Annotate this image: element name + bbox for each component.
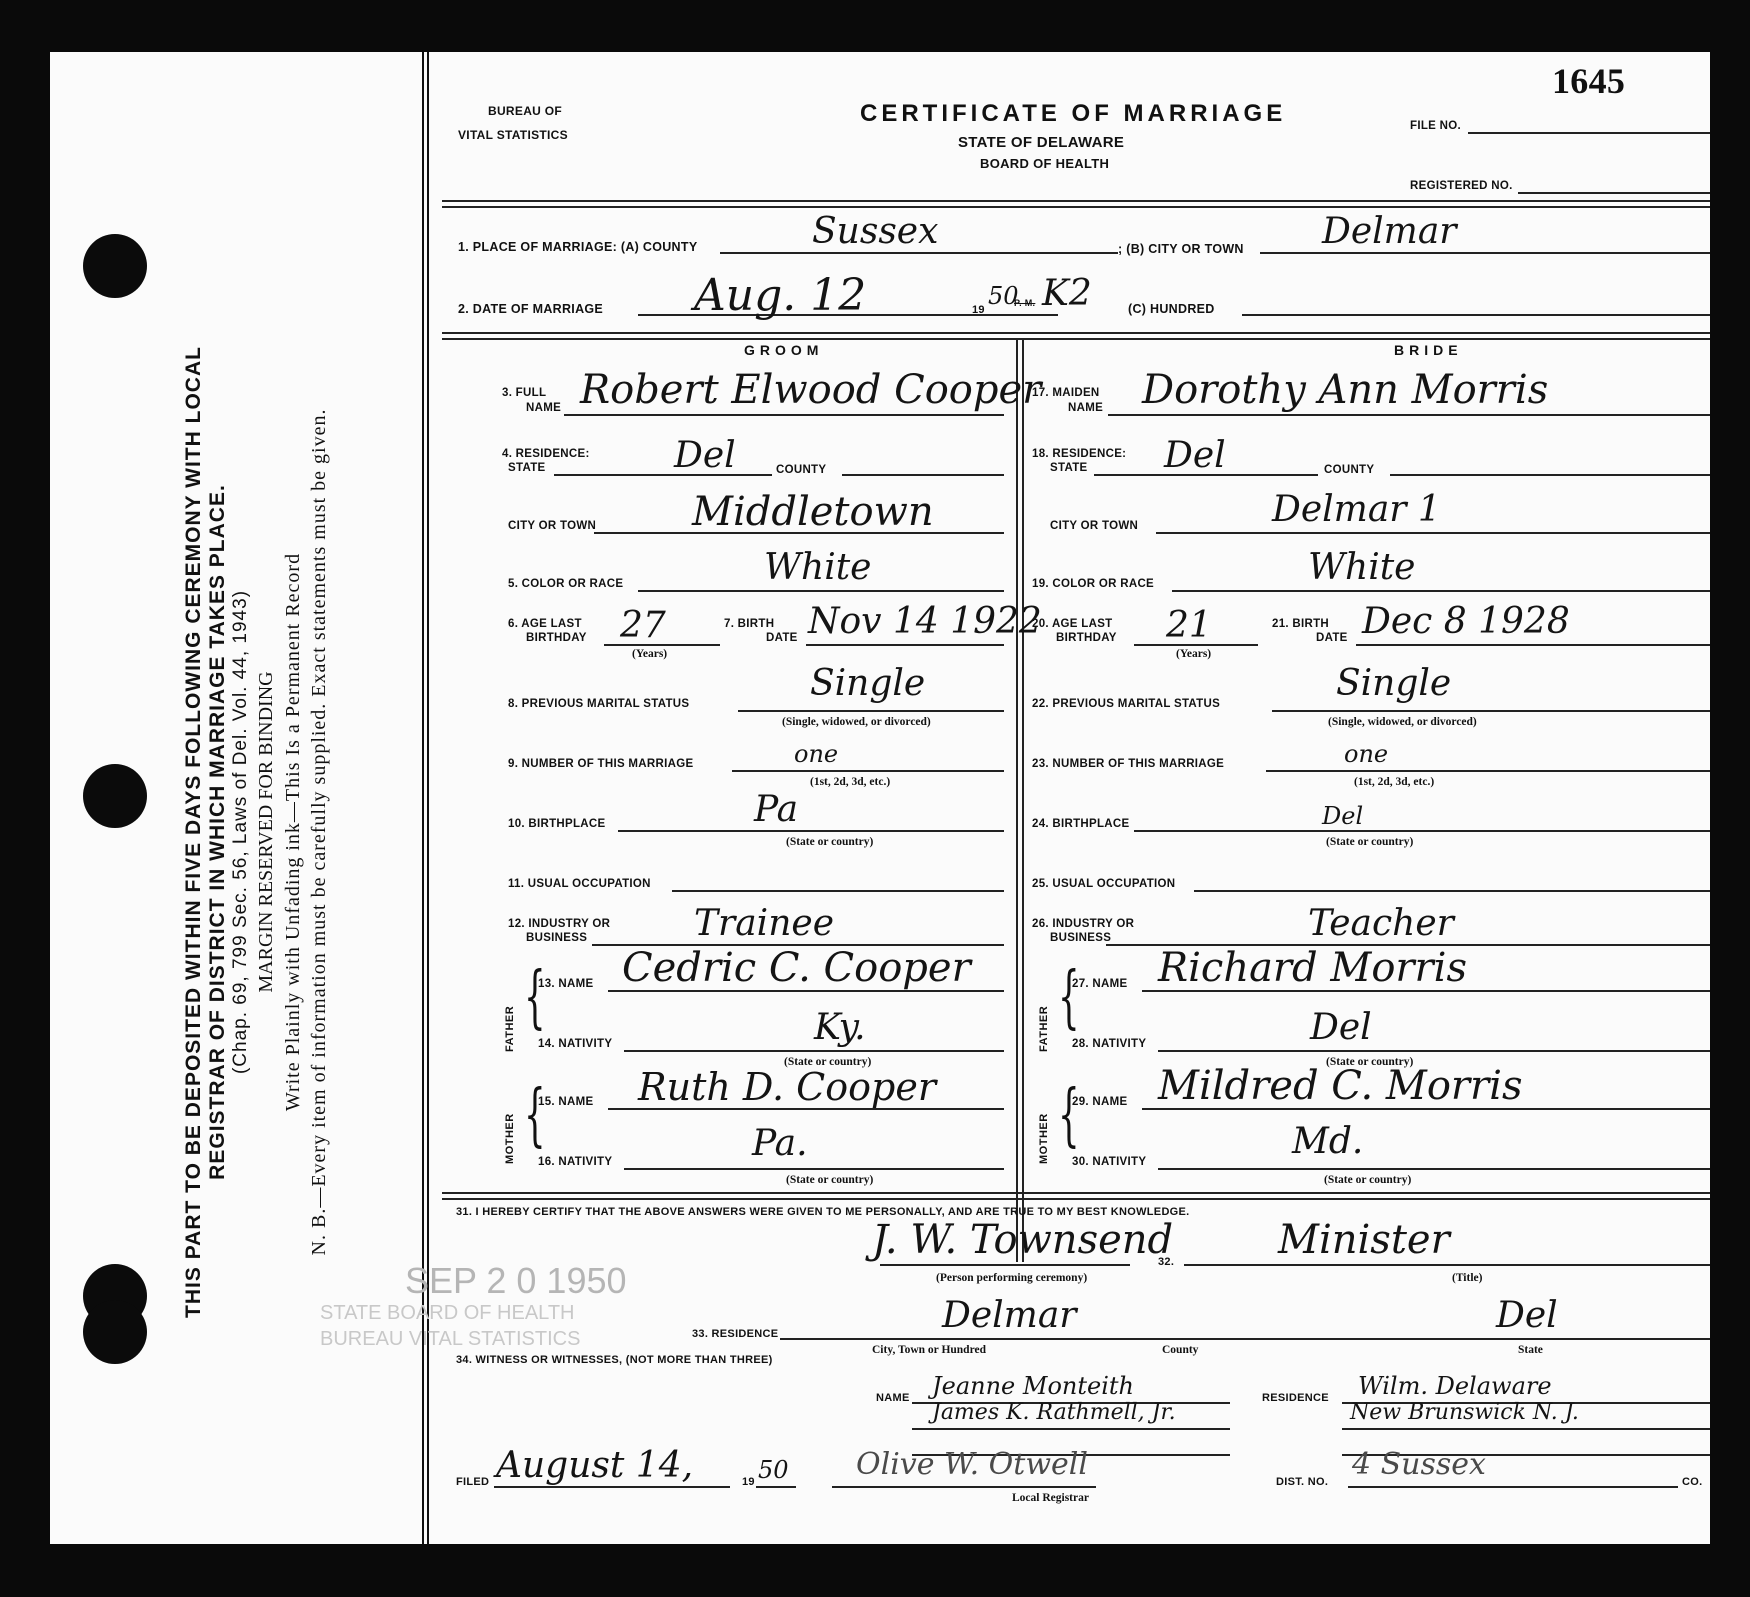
bride-age-label-1: 20. AGE LAST xyxy=(1032,618,1113,630)
groom-occupation-label: 11. USUAL OCCUPATION xyxy=(508,878,651,890)
officiant-residence-city: Delmar xyxy=(942,1298,1077,1334)
bride-occupation-label: 25. USUAL OCCUPATION xyxy=(1032,878,1175,890)
date-struck-text: P. M. xyxy=(1014,298,1035,308)
title-label: 32. xyxy=(1158,1256,1174,1268)
officiant-line xyxy=(880,1264,1130,1266)
groom-marital-note: (Single, widowed, or divorced) xyxy=(782,716,931,728)
date-year-prefix: 19 xyxy=(972,304,985,316)
certification-rule xyxy=(442,1192,1710,1200)
bride-occupation-line xyxy=(1194,890,1710,892)
bride-birth-label-1: 21. BIRTH xyxy=(1272,618,1329,630)
witness-1-name: Jeanne Monteith xyxy=(932,1374,1134,1398)
residence-county-note: County xyxy=(1162,1344,1198,1356)
binding-hole-middle xyxy=(83,764,147,828)
bride-county-line xyxy=(1390,474,1710,476)
bride-mother-brace: { xyxy=(1058,1082,1080,1150)
bride-number-line xyxy=(1266,770,1710,772)
binding-hole-top xyxy=(83,234,147,298)
bride-father-tag: FATHER xyxy=(1038,1006,1050,1052)
binding-hole-bottom-2 xyxy=(83,1300,147,1364)
bride-birthplace-label: 24. BIRTHPLACE xyxy=(1032,818,1130,830)
city-label: ; (B) CITY OR TOWN xyxy=(1118,242,1244,256)
bride-city-line xyxy=(1156,532,1710,534)
bride-number: one xyxy=(1344,742,1388,766)
certificate-title: CERTIFICATE OF MARRIAGE xyxy=(860,100,1286,128)
groom-city: Middletown xyxy=(692,492,934,532)
witness-name-label: NAME xyxy=(876,1392,910,1404)
groom-race-line xyxy=(638,590,1004,592)
bride-race-label: 19. COLOR OR RACE xyxy=(1032,578,1154,590)
bureau-label-1: BUREAU OF xyxy=(488,104,562,118)
groom-father-nativity-line xyxy=(624,1050,1004,1052)
bride-race-line xyxy=(1172,590,1710,592)
margin-registrar-instruction: REGISTRAR OF DISTRICT IN WHICH MARRIAGE … xyxy=(206,252,230,1412)
registrar-note: Local Registrar xyxy=(1012,1492,1089,1504)
groom-full-name: Robert Elwood Cooper xyxy=(580,370,1041,410)
margin-binding-note: MARGIN RESERVED FOR BINDING xyxy=(255,252,278,1412)
witnesses-label: 34. WITNESS OR WITNESSES, (NOT MORE THAN… xyxy=(456,1354,773,1366)
county-suffix: CO. xyxy=(1682,1476,1702,1488)
bride-heading: BRIDE xyxy=(1394,342,1463,358)
bride-marital-label: 22. PREVIOUS MARITAL STATUS xyxy=(1032,698,1220,710)
bride-birthplace: Del xyxy=(1322,804,1363,828)
groom-years-note: (Years) xyxy=(632,648,667,660)
bride-state: Del xyxy=(1164,438,1226,474)
bride-name-line xyxy=(1108,414,1710,416)
filed-year-line xyxy=(756,1486,796,1488)
groom-city-label: CITY OR TOWN xyxy=(508,520,596,532)
groom-county-label: COUNTY xyxy=(776,464,826,476)
bride-father-name: Richard Morris xyxy=(1158,948,1467,988)
bride-father-nativity: Del xyxy=(1310,1010,1372,1046)
groom-birthplace-label: 10. BIRTHPLACE xyxy=(508,818,606,830)
bride-birth-date: Dec 8 1928 xyxy=(1362,604,1570,640)
margin-write-plainly: Write Plainly with Unfading ink—This Is … xyxy=(282,252,305,1412)
groom-marital: Single xyxy=(810,666,925,702)
bride-maiden-name: Dorothy Ann Morris xyxy=(1142,370,1548,410)
bride-birthplace-note: (State or country) xyxy=(1326,836,1413,848)
groom-race-label: 5. COLOR OR RACE xyxy=(508,578,623,590)
groom-birth-label-2: DATE xyxy=(766,632,798,644)
bride-mother-tag: MOTHER xyxy=(1038,1113,1050,1164)
certificate-form: BUREAU OF VITAL STATISTICS CERTIFICATE O… xyxy=(442,52,1710,1544)
margin-law-citation: (Chap. 69, 799 Sec. 56, Laws of Del. Vol… xyxy=(230,252,252,1412)
bride-name-label-2: NAME xyxy=(1068,402,1103,414)
groom-birth-line xyxy=(806,644,1004,646)
bride-residence-label-2: STATE xyxy=(1050,462,1088,474)
groom-birth-date: Nov 14 1922 xyxy=(808,604,1042,640)
place-label: 1. PLACE OF MARRIAGE: (A) COUNTY xyxy=(458,240,697,254)
file-no-value: 1645 xyxy=(1552,60,1625,102)
filed-year: 50 xyxy=(758,1458,789,1482)
groom-marital-label: 8. PREVIOUS MARITAL STATUS xyxy=(508,698,689,710)
officiant-residence-label: 33. RESIDENCE xyxy=(692,1328,778,1340)
county-line xyxy=(720,252,1118,254)
bride-father-nativity-label: 28. NATIVITY xyxy=(1072,1038,1146,1050)
residence-city-note: City, Town or Hundred xyxy=(872,1344,986,1356)
file-no-label: FILE NO. xyxy=(1410,120,1461,132)
margin-deposit-instruction: THIS PART TO BE DEPOSITED WITHIN FIVE DA… xyxy=(182,252,206,1412)
groom-father-nativity-label: 14. NATIVITY xyxy=(538,1038,612,1050)
bride-race: White xyxy=(1308,550,1415,586)
groom-birthplace: Pa xyxy=(754,792,798,828)
groom-county-line xyxy=(842,474,1004,476)
bride-age-label-2: BIRTHDAY xyxy=(1056,632,1117,644)
bride-mother-name-label: 29. NAME xyxy=(1072,1096,1127,1108)
bride-county-label: COUNTY xyxy=(1324,464,1374,476)
groom-age-label-2: BIRTHDAY xyxy=(526,632,587,644)
groom-mother-nativity-note: (State or country) xyxy=(786,1174,873,1186)
dist-no-value: 4 Sussex xyxy=(1352,1450,1486,1480)
registrar-line xyxy=(832,1486,1096,1488)
city-value: Delmar xyxy=(1322,214,1457,250)
bride-mother-nativity: Md. xyxy=(1292,1124,1363,1160)
bride-city: Delmar 1 xyxy=(1272,492,1441,528)
bride-father-name-label: 27. NAME xyxy=(1072,978,1127,990)
groom-industry-label-1: 12. INDUSTRY OR xyxy=(508,918,610,930)
witness-2-name: James K. Rathmell, Jr. xyxy=(932,1402,1176,1424)
registered-no-line xyxy=(1518,192,1710,194)
groom-number-line xyxy=(732,770,1004,772)
groom-father-name: Cedric C. Cooper xyxy=(622,948,971,988)
groom-number-note: (1st, 2d, 3d, etc.) xyxy=(810,776,890,788)
bride-years-note: (Years) xyxy=(1176,648,1211,660)
groom-birthplace-note: (State or country) xyxy=(786,836,873,848)
registrar-signature: Olive W. Otwell xyxy=(856,1450,1088,1480)
bride-industry: Teacher xyxy=(1308,906,1454,942)
bride-birth-label-2: DATE xyxy=(1316,632,1348,644)
groom-number-label: 9. NUMBER OF THIS MARRIAGE xyxy=(508,758,693,770)
witness-1-residence: Wilm. Delaware xyxy=(1358,1374,1552,1398)
groom-occupation-line xyxy=(672,890,1004,892)
bride-industry-label-2: BUSINESS xyxy=(1050,932,1111,944)
title-line xyxy=(1184,1264,1710,1266)
groom-father-name-label: 13. NAME xyxy=(538,978,593,990)
county-value: Sussex xyxy=(812,214,938,250)
section-rule xyxy=(442,332,1710,340)
bride-industry-label-1: 26. INDUSTRY OR xyxy=(1032,918,1134,930)
filed-date: August 14, xyxy=(496,1448,693,1484)
groom-age: 27 xyxy=(620,608,666,644)
groom-father-brace: { xyxy=(524,964,546,1032)
witness-2-name-line xyxy=(912,1428,1230,1430)
officiant-signature: J. W. Townsend xyxy=(872,1220,1173,1260)
groom-age-label-1: 6. AGE LAST xyxy=(508,618,582,630)
bride-residence-label-1: 18. RESIDENCE: xyxy=(1032,448,1126,460)
groom-bride-separator xyxy=(1016,338,1024,1262)
groom-industry: Trainee xyxy=(694,906,834,942)
groom-marital-line xyxy=(738,710,1004,712)
officiant-title: Minister xyxy=(1278,1220,1450,1260)
file-no-line xyxy=(1468,132,1710,134)
bride-father-brace: { xyxy=(1058,964,1080,1032)
bride-mother-nativity-label: 30. NATIVITY xyxy=(1072,1156,1146,1168)
groom-name-label-2: NAME xyxy=(526,402,561,414)
groom-residence-label-1: 4. RESIDENCE: xyxy=(502,448,590,460)
officiant-residence-line xyxy=(780,1338,1710,1340)
board-name: BOARD OF HEALTH xyxy=(980,156,1109,171)
groom-mother-nativity: Pa. xyxy=(752,1126,808,1162)
title-note: (Title) xyxy=(1452,1272,1482,1284)
bride-name-label-1: 17. MAIDEN xyxy=(1032,387,1100,399)
groom-name-line xyxy=(564,414,1004,416)
date-label: 2. DATE OF MARRIAGE xyxy=(458,302,603,316)
groom-state: Del xyxy=(674,438,736,474)
hundred-label: (C) HUNDRED xyxy=(1128,302,1215,316)
groom-name-label-1: 3. FULL xyxy=(502,387,546,399)
date-extra: K2 xyxy=(1042,276,1092,312)
groom-father-tag: FATHER xyxy=(504,1006,516,1052)
bride-number-note: (1st, 2d, 3d, etc.) xyxy=(1354,776,1434,788)
dist-no-label: DIST. NO. xyxy=(1276,1476,1328,1488)
certificate-page: THIS PART TO BE DEPOSITED WITHIN FIVE DA… xyxy=(50,52,1710,1544)
dist-no-line xyxy=(1348,1486,1678,1488)
bride-birth-line xyxy=(1356,644,1710,646)
witness-2-residence: New Brunswick N. J. xyxy=(1350,1402,1579,1424)
groom-mother-name: Ruth D. Cooper xyxy=(638,1068,936,1106)
bride-father-nativity-line xyxy=(1158,1050,1710,1052)
filed-label: FILED xyxy=(456,1476,489,1488)
bride-city-label: CITY OR TOWN xyxy=(1050,520,1138,532)
groom-mother-nativity-line xyxy=(624,1168,1004,1170)
groom-industry-label-2: BUSINESS xyxy=(526,932,587,944)
residence-state-note: State xyxy=(1518,1344,1543,1356)
filed-year-prefix: 19 xyxy=(742,1476,755,1488)
groom-birth-label-1: 7. BIRTH xyxy=(724,618,774,630)
date-value: Aug. 12 xyxy=(694,274,866,318)
bride-age: 21 xyxy=(1166,608,1212,644)
groom-state-line xyxy=(554,474,772,476)
bureau-label-2: VITAL STATISTICS xyxy=(458,128,568,142)
groom-mother-tag: MOTHER xyxy=(504,1113,516,1164)
bride-mother-nativity-line xyxy=(1158,1168,1710,1170)
groom-father-nativity: Ky. xyxy=(814,1010,866,1046)
hundred-line xyxy=(1242,314,1710,316)
city-line xyxy=(1260,252,1710,254)
bride-number-label: 23. NUMBER OF THIS MARRIAGE xyxy=(1032,758,1224,770)
witness-2-residence-line xyxy=(1342,1428,1710,1430)
groom-birthplace-line xyxy=(618,830,1004,832)
filed-date-line xyxy=(494,1486,730,1488)
header-rule xyxy=(442,200,1710,208)
margin-nb-note: N. B.—Every item of information must be … xyxy=(308,252,331,1412)
bride-marital: Single xyxy=(1336,666,1451,702)
groom-race: White xyxy=(764,550,871,586)
bride-mother-nativity-note: (State or country) xyxy=(1324,1174,1411,1186)
bride-birthplace-line xyxy=(1134,830,1710,832)
groom-mother-name-label: 15. NAME xyxy=(538,1096,593,1108)
officiant-residence-state: Del xyxy=(1496,1298,1558,1334)
officiant-note: (Person performing ceremony) xyxy=(936,1272,1087,1284)
bride-marital-line xyxy=(1272,710,1710,712)
registered-no-label: REGISTERED NO. xyxy=(1410,180,1513,192)
witness-residence-label: RESIDENCE xyxy=(1262,1392,1329,1404)
groom-mother-brace: { xyxy=(524,1082,546,1150)
bride-mother-name: Mildred C. Morris xyxy=(1158,1066,1522,1106)
groom-residence-label-2: STATE xyxy=(508,462,546,474)
state-name: STATE OF DELAWARE xyxy=(958,134,1124,151)
bride-marital-note: (Single, widowed, or divorced) xyxy=(1328,716,1477,728)
groom-heading: GROOM xyxy=(744,342,823,358)
groom-number: one xyxy=(794,742,838,766)
groom-mother-nativity-label: 16. NATIVITY xyxy=(538,1156,612,1168)
